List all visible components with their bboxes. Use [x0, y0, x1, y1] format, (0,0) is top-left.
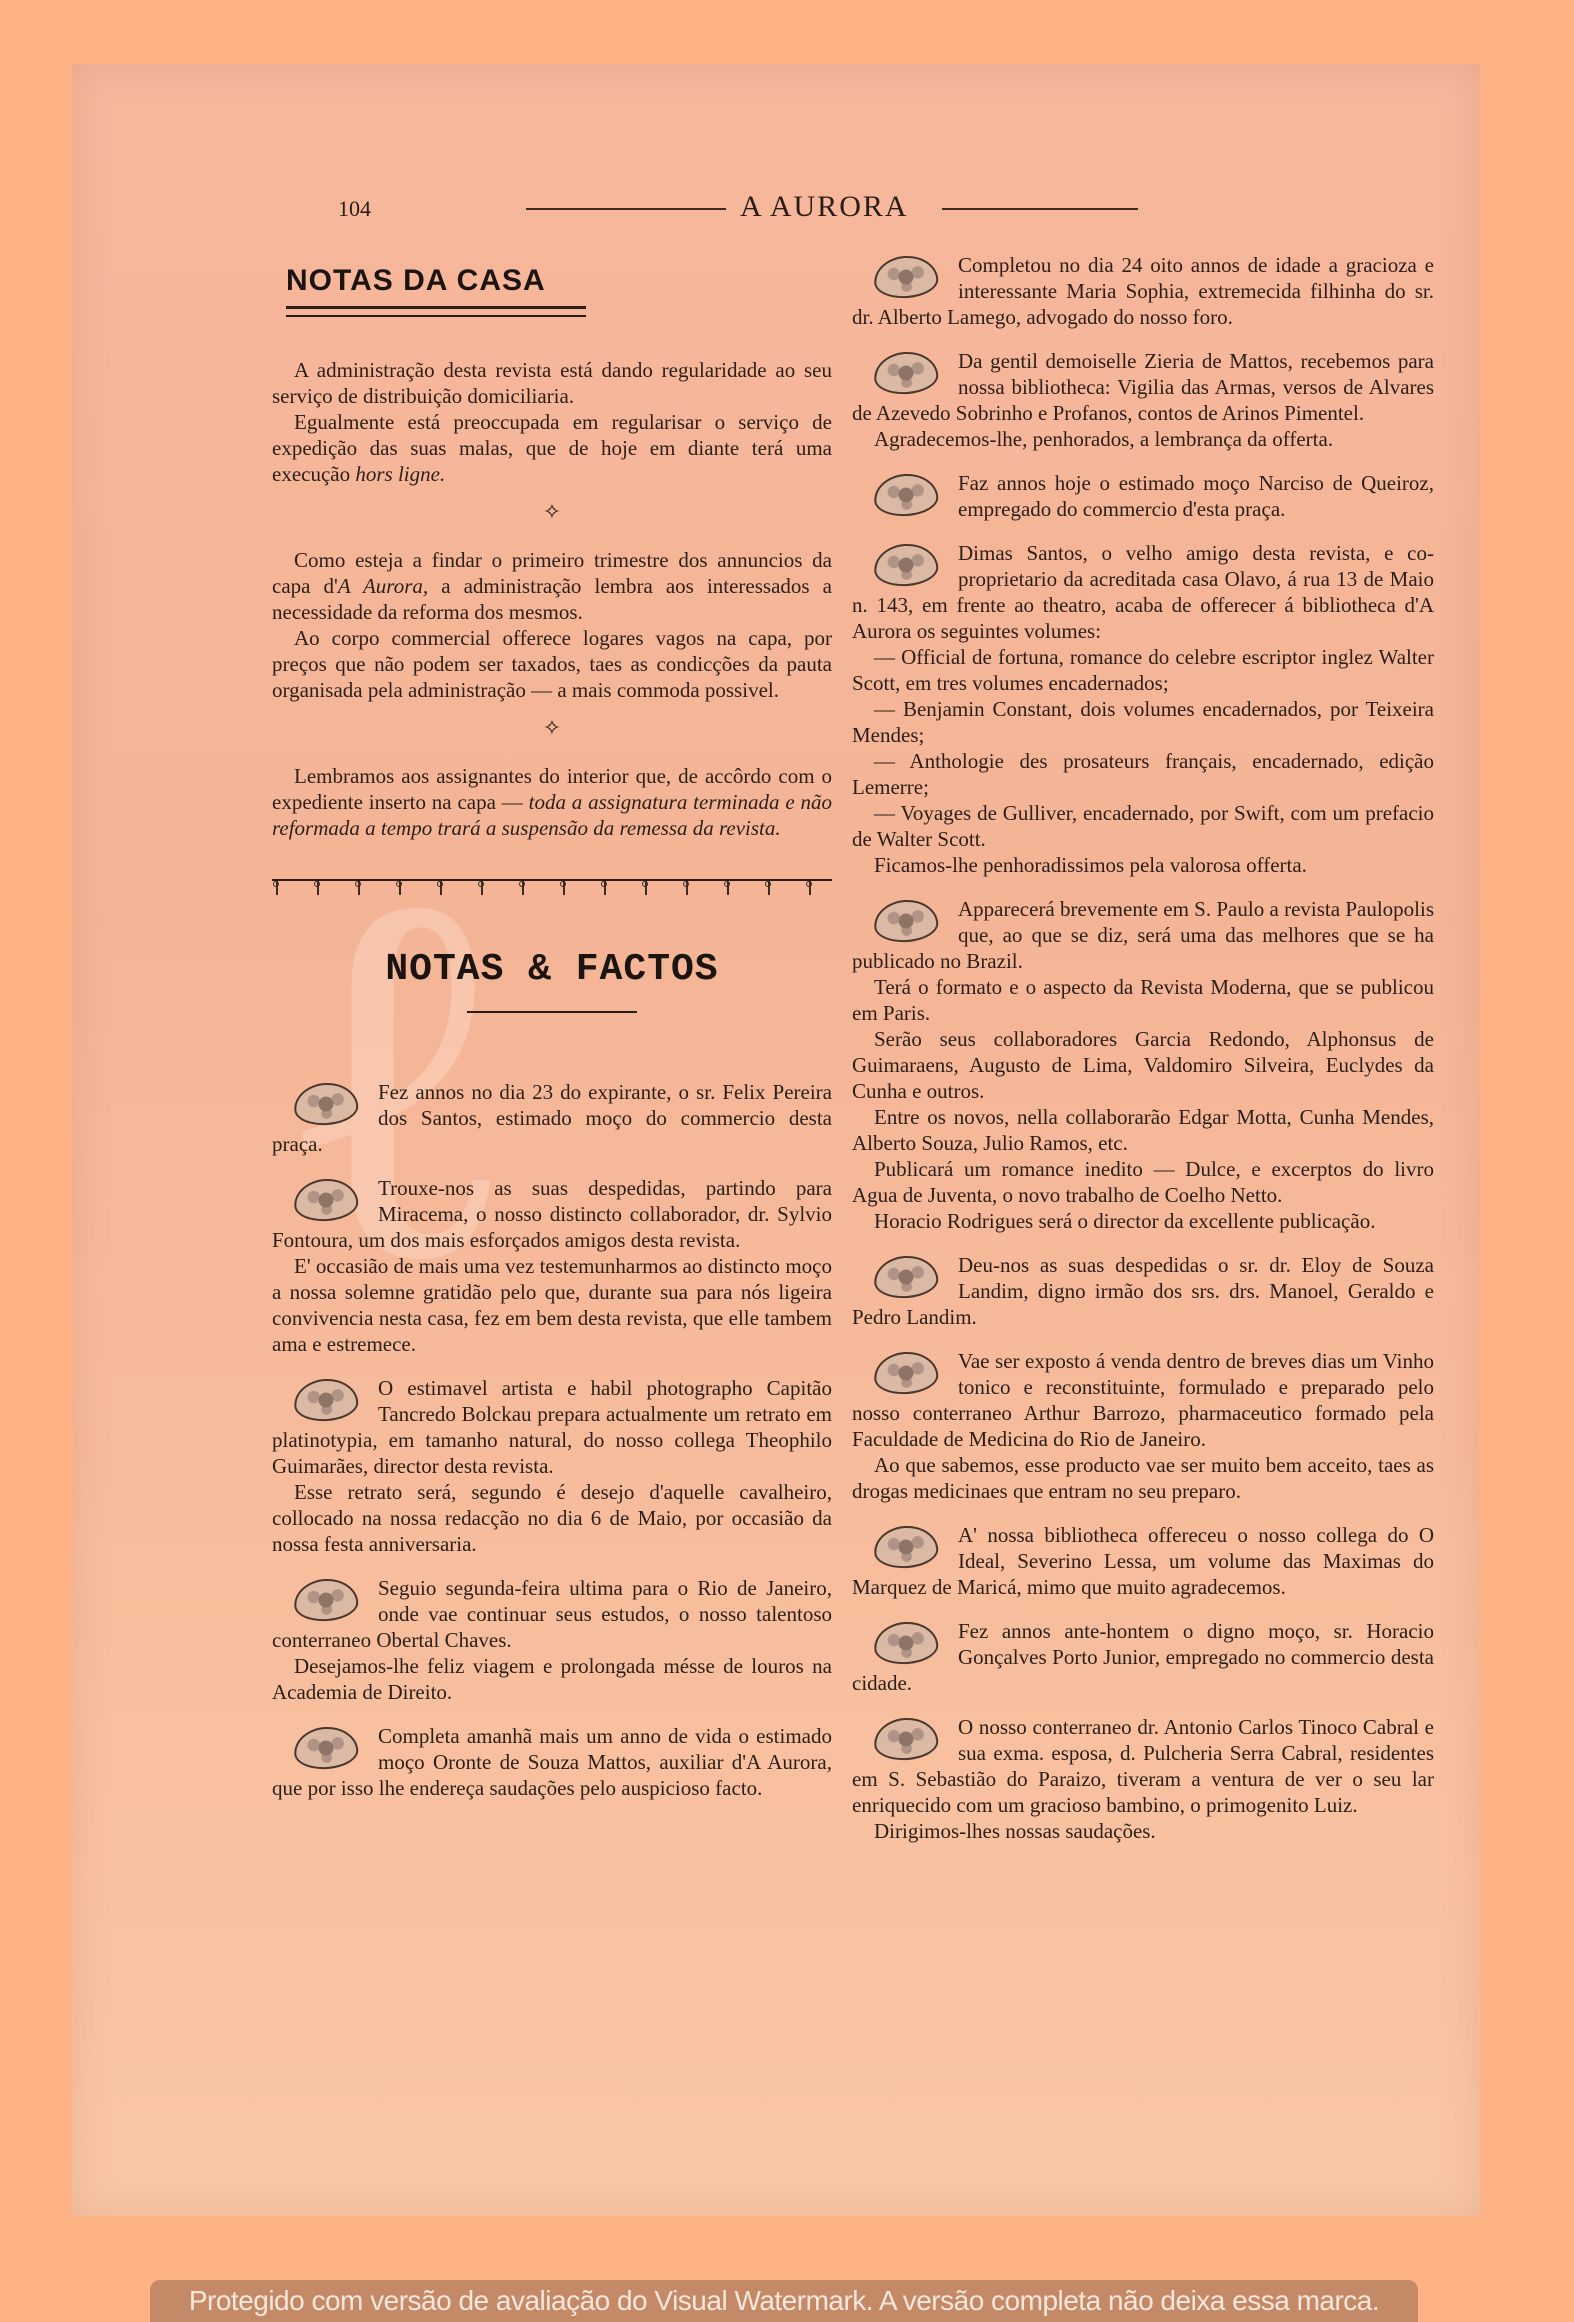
item-lead-text: Da gentil demoiselle Zieria de Mattos, r… [852, 348, 1434, 426]
title-underline [286, 306, 586, 317]
watermark-banner: Protegido com versão de avaliação do Vis… [150, 2280, 1418, 2322]
news-item: Completa amanhã mais um anno de vida o e… [272, 1723, 832, 1801]
item-follow-text: Serão seus collaboradores Garcia Redondo… [852, 1026, 1434, 1104]
news-item: O estimavel artista e habil photographo … [272, 1375, 832, 1557]
ornamental-pin-rule [272, 879, 832, 901]
news-list-right: Completou no dia 24 oito annos de idade … [852, 252, 1434, 1844]
news-item: O nosso conterraneo dr. Antonio Carlos T… [852, 1714, 1434, 1844]
news-item: Deu-nos as suas despedidas o sr. dr. Elo… [852, 1252, 1434, 1330]
news-list-left: Fez annos no dia 23 do expirante, o sr. … [272, 1079, 832, 1801]
news-item: Dimas Santos, o velho amigo desta revist… [852, 540, 1434, 878]
right-column: Completou no dia 24 oito annos de idade … [852, 252, 1434, 1862]
news-item: Fez annos ante-hontem o digno moço, sr. … [852, 1618, 1434, 1696]
diamond-separator-icon: ✧ [272, 499, 832, 525]
item-lead-text: O estimavel artista e habil photographo … [272, 1375, 832, 1479]
item-follow-text: Agradecemos-lhe, penhorados, a lembrança… [852, 426, 1434, 452]
item-lead-text: Apparecerá brevemente em S. Paulo a revi… [852, 896, 1434, 974]
item-follow-text: Horacio Rodrigues será o director da exc… [852, 1208, 1434, 1234]
journal-title: A AURORA [740, 190, 909, 224]
news-item: Apparecerá brevemente em S. Paulo a revi… [852, 896, 1434, 1234]
item-lead-text: A' nossa bibliotheca offereceu o nosso c… [852, 1522, 1434, 1600]
item-lead-text: O nosso conterraneo dr. Antonio Carlos T… [852, 1714, 1434, 1818]
item-lead-text: Completa amanhã mais um anno de vida o e… [272, 1723, 832, 1801]
section-title-notas-da-casa: NOTAS DA CASA [286, 268, 832, 294]
news-item: A' nossa bibliotheca offereceu o nosso c… [852, 1522, 1434, 1600]
news-item: Trouxe-nos as suas despedidas, partindo … [272, 1175, 832, 1357]
item-follow-text: — Official de fortuna, romance do celebr… [852, 644, 1434, 696]
news-item: Vae ser exposto á venda dentro de breves… [852, 1348, 1434, 1504]
item-lead-text: Fez annos ante-hontem o digno moço, sr. … [852, 1618, 1434, 1696]
paragraph: Egualmente está preoccupada em regularis… [272, 409, 832, 487]
news-item: Completou no dia 24 oito annos de idade … [852, 252, 1434, 330]
paragraph: Lembramos aos assignantes do interior qu… [272, 763, 832, 841]
item-lead-text: Seguio segunda-feira ultima para o Rio d… [272, 1575, 832, 1653]
news-item: Faz annos hoje o estimado moço Narciso d… [852, 470, 1434, 522]
item-lead-text: Trouxe-nos as suas despedidas, partindo … [272, 1175, 832, 1253]
header-rule-right [942, 208, 1138, 210]
item-follow-text: Esse retrato será, segundo é desejo d'aq… [272, 1479, 832, 1557]
news-item: Seguio segunda-feira ultima para o Rio d… [272, 1575, 832, 1705]
item-lead-text: Fez annos no dia 23 do expirante, o sr. … [272, 1079, 832, 1157]
item-follow-text: Entre os novos, nella collaborarão Edgar… [852, 1104, 1434, 1156]
paragraph: A administração desta revista está dando… [272, 357, 832, 409]
item-follow-text: — Benjamin Constant, dois volumes encade… [852, 696, 1434, 748]
paragraph: Como esteja a findar o primeiro trimestr… [272, 547, 832, 625]
item-follow-text: E' occasião de mais uma vez testemunharm… [272, 1253, 832, 1357]
item-lead-text: Deu-nos as suas despedidas o sr. dr. Elo… [852, 1252, 1434, 1330]
item-follow-text: — Anthologie des prosateurs français, en… [852, 748, 1434, 800]
paragraph: Ao corpo commercial offerece logares vag… [272, 625, 832, 703]
left-column: NOTAS DA CASA A administração desta revi… [272, 258, 832, 1819]
news-item: Fez annos no dia 23 do expirante, o sr. … [272, 1079, 832, 1157]
header-rule-left [526, 208, 726, 210]
item-follow-text: Terá o formato e o aspecto da Revista Mo… [852, 974, 1434, 1026]
item-follow-text: Dirigimos-lhes nossas saudações. [852, 1818, 1434, 1844]
diamond-separator-icon: ✧ [272, 715, 832, 741]
item-follow-text: — Voyages de Gulliver, encadernado, por … [852, 800, 1434, 852]
section-title-notas-e-factos: NOTAS & FACTOS [272, 957, 832, 983]
item-lead-text: Dimas Santos, o velho amigo desta revist… [852, 540, 1434, 644]
item-follow-text: Ao que sabemos, esse producto vae ser mu… [852, 1452, 1434, 1504]
news-item: Da gentil demoiselle Zieria de Mattos, r… [852, 348, 1434, 452]
running-head: 104 A AURORA [338, 190, 1138, 230]
item-lead-text: Vae ser exposto á venda dentro de breves… [852, 1348, 1434, 1452]
item-follow-text: Desejamos-lhe feliz viagem e prolongada … [272, 1653, 832, 1705]
item-follow-text: Ficamos-lhe penhoradissimos pela valoros… [852, 852, 1434, 878]
item-follow-text: Publicará um romance inedito — Dulce, e … [852, 1156, 1434, 1208]
page-number: 104 [338, 196, 371, 222]
item-lead-text: Faz annos hoje o estimado moço Narciso d… [852, 470, 1434, 522]
title-underline [467, 1011, 637, 1013]
item-lead-text: Completou no dia 24 oito annos de idade … [852, 252, 1434, 330]
